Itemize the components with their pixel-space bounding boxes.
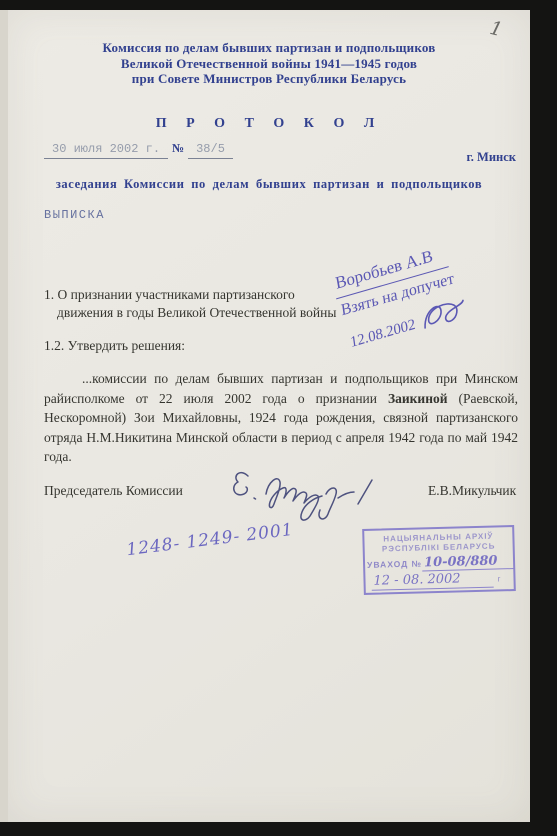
agenda-item-1-line-2: движения в годы Великой Отечественной во… — [44, 304, 336, 322]
letterhead-line-3: при Совете Министров Республики Беларусь — [8, 71, 530, 87]
letterhead: Комиссия по делам бывших партизан и подп… — [8, 40, 530, 87]
extract-label: ВЫПИСКА — [44, 208, 105, 222]
stamp-entry-number-handwritten: 10-08/880 — [424, 553, 498, 570]
document-page: 1 Комиссия по делам бывших партизан и по… — [8, 10, 530, 822]
decision-paragraph: ...комиссии по делам бывших партизан и п… — [44, 369, 518, 467]
document-title: П Р О Т О К О Л — [8, 116, 530, 132]
decision-item-1-2: 1.2. Утвердить решения: — [44, 338, 185, 354]
document-subtitle: заседания Комиссии по делам бывших парти… — [8, 177, 530, 192]
agenda-item-1: 1. О признании участниками партизанского… — [44, 286, 336, 321]
chairman-name: Е.В.Микульчик — [428, 483, 516, 499]
handwritten-resolution: Воробьев А.В Взять на допучет 12.08.2002 — [330, 211, 557, 356]
page-number-handwritten: 1 — [487, 17, 504, 41]
document-date: 30 июля 2002 г. — [44, 142, 168, 159]
stamp-date-line: 12 - 08. 2002г — [371, 570, 513, 591]
archive-entry-stamp: НАЦЫЯНАЛЬНЫ АРХІЎ РЭСПУБЛІКІ БЕЛАРУСЬ УВ… — [362, 525, 516, 595]
letterhead-line-2: Великой Отечественной войны 1941—1945 го… — [8, 56, 530, 72]
date-and-number-row: 30 июля 2002 г.№38/5 — [44, 141, 233, 159]
recognized-person-name: Заикиной — [388, 391, 448, 406]
agenda-item-1-line-1: 1. О признании участниками партизанского — [44, 286, 336, 304]
scanned-document: 1 Комиссия по делам бывших партизан и по… — [0, 0, 557, 836]
document-number: 38/5 — [188, 142, 233, 159]
stamp-date-handwritten: 12 - 08. 2002 — [373, 571, 460, 588]
handwritten-file-numbers: 1248- 1249- 2001 — [125, 520, 294, 560]
number-sign: № — [172, 141, 184, 155]
chairman-role-label: Председатель Комиссии — [44, 483, 183, 499]
city-label: г. Минск — [467, 150, 516, 165]
chairman-signature — [226, 454, 386, 524]
stamp-entry-label: УВАХОД № — [367, 558, 422, 569]
letterhead-line-1: Комиссия по делам бывших партизан и подп… — [8, 40, 530, 56]
stamp-year-letter: г — [497, 574, 500, 583]
